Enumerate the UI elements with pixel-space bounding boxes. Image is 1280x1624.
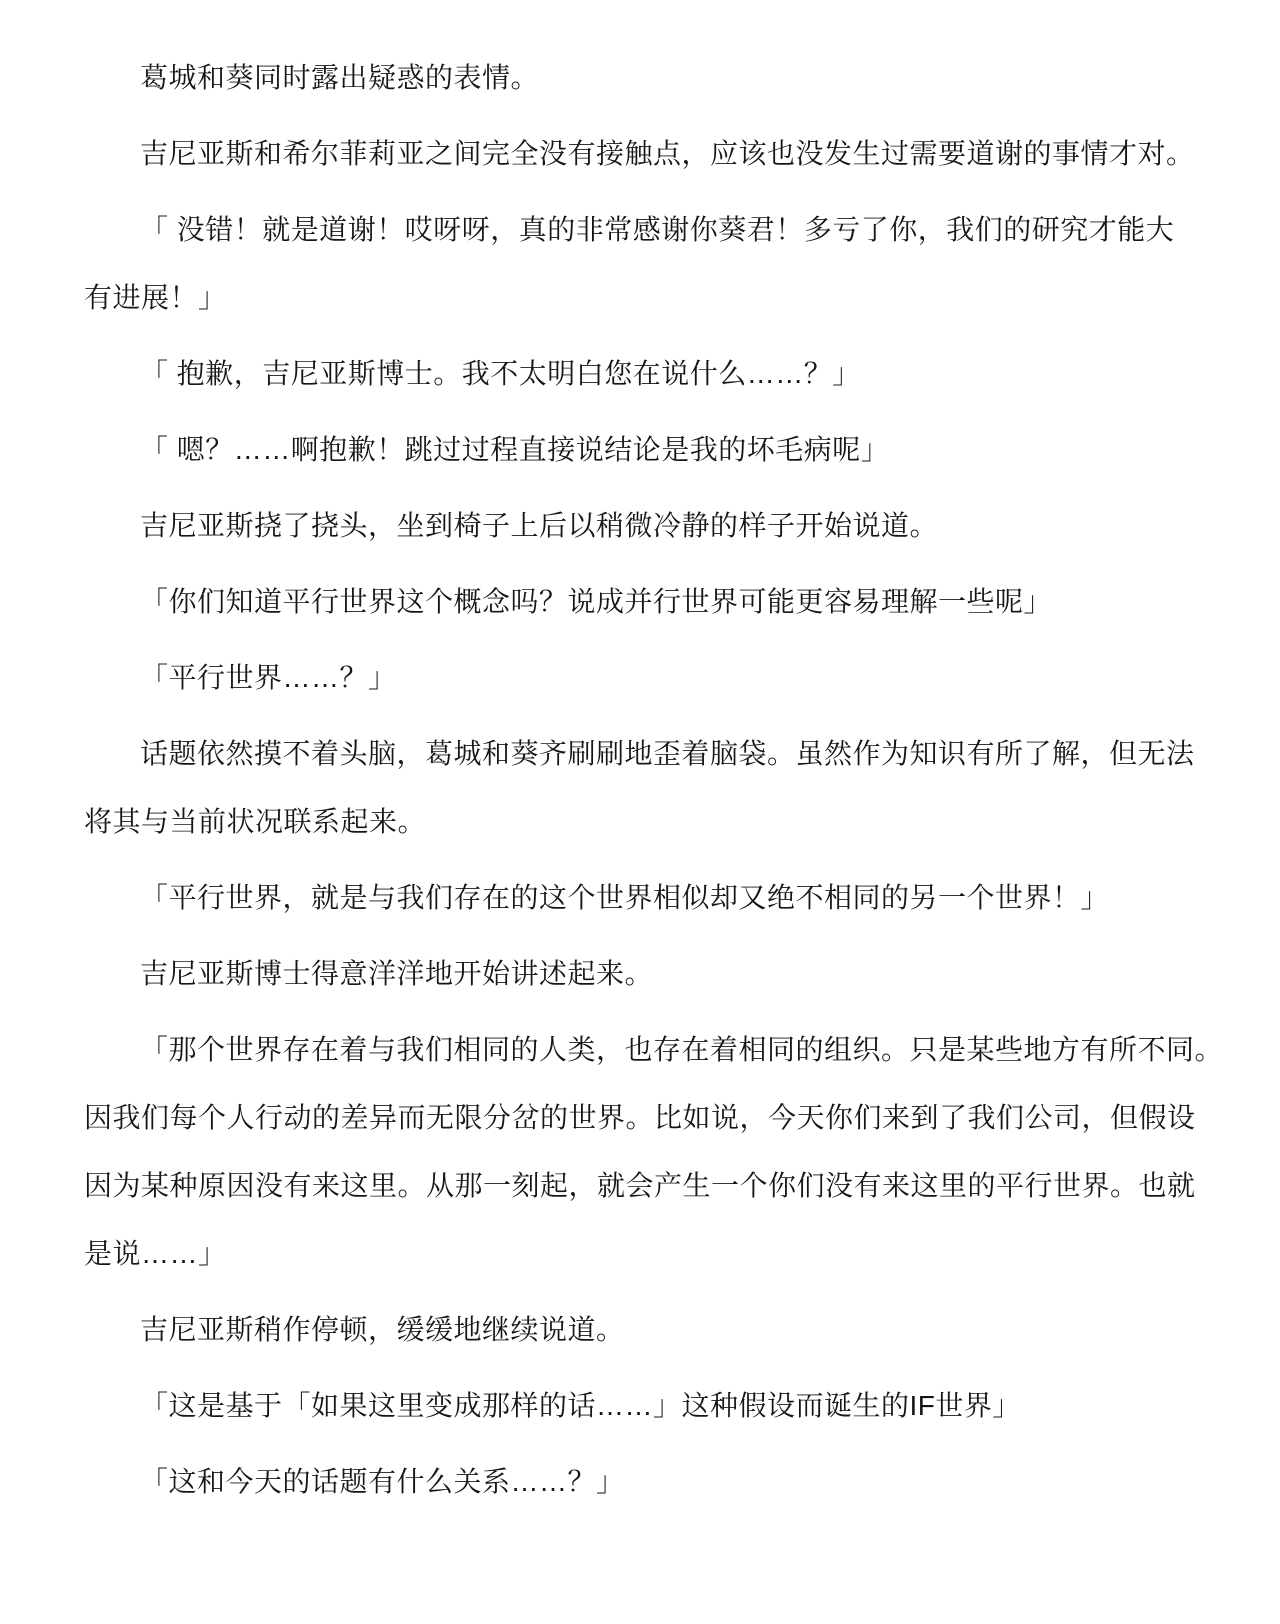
text-line: 吉尼亚斯挠了挠头，坐到椅子上后以稍微冷静的样子开始说道。 xyxy=(84,492,1196,560)
text-line: 吉尼亚斯稍作停顿，缓缓地继续说道。 xyxy=(84,1296,1196,1364)
paragraph: 吉尼亚斯挠了挠头，坐到椅子上后以稍微冷静的样子开始说道。 xyxy=(84,492,1196,560)
text-line: 吉尼亚斯和希尔菲莉亚之间完全没有接触点，应该也没发生过需要道谢的事情才对。 xyxy=(84,120,1196,188)
paragraph: 「那个世界存在着与我们相同的人类，也存在着相同的组织。只是某些地方有所不同。因我… xyxy=(84,1016,1196,1288)
text-line: 因为某种原因没有来这里。从那一刻起，就会产生一个你们没有来这里的平行世界。也就 xyxy=(84,1152,1196,1220)
paragraph: 「你们知道平行世界这个概念吗？说成并行世界可能更容易理解一些呢」 xyxy=(84,568,1196,636)
paragraph: 「 嗯？……啊抱歉！跳过过程直接说结论是我的坏毛病呢」 xyxy=(84,416,1196,484)
text-line: 「那个世界存在着与我们相同的人类，也存在着相同的组织。只是某些地方有所不同。 xyxy=(84,1016,1196,1084)
paragraph: 葛城和葵同时露出疑惑的表情。 xyxy=(84,44,1196,112)
paragraph: 话题依然摸不着头脑，葛城和葵齐刷刷地歪着脑袋。虽然作为知识有所了解，但无法将其与… xyxy=(84,720,1196,856)
text-line: 吉尼亚斯博士得意洋洋地开始讲述起来。 xyxy=(84,940,1196,1008)
paragraph: 「 没错！就是道谢！哎呀呀，真的非常感谢你葵君！多亏了你，我们的研究才能大有进展… xyxy=(84,196,1196,332)
document-page: 葛城和葵同时露出疑惑的表情。吉尼亚斯和希尔菲莉亚之间完全没有接触点，应该也没发生… xyxy=(0,0,1280,1624)
paragraph: 「平行世界，就是与我们存在的这个世界相似却又绝不相同的另一个世界！」 xyxy=(84,864,1196,932)
text-line: 将其与当前状况联系起来。 xyxy=(84,788,1196,856)
text-line: 「你们知道平行世界这个概念吗？说成并行世界可能更容易理解一些呢」 xyxy=(84,568,1196,636)
paragraph: 吉尼亚斯稍作停顿，缓缓地继续说道。 xyxy=(84,1296,1196,1364)
text-line: 「 没错！就是道谢！哎呀呀，真的非常感谢你葵君！多亏了你，我们的研究才能大 xyxy=(84,196,1196,264)
text-line: 「平行世界，就是与我们存在的这个世界相似却又绝不相同的另一个世界！」 xyxy=(84,864,1196,932)
text-line: 话题依然摸不着头脑，葛城和葵齐刷刷地歪着脑袋。虽然作为知识有所了解，但无法 xyxy=(84,720,1196,788)
text-line: 「 嗯？……啊抱歉！跳过过程直接说结论是我的坏毛病呢」 xyxy=(84,416,1196,484)
text-line: 是说……」 xyxy=(84,1220,1196,1288)
text-line: 「平行世界……？」 xyxy=(84,644,1196,712)
text-line: 「 抱歉，吉尼亚斯博士。我不太明白您在说什么……？」 xyxy=(84,340,1196,408)
paragraph: 吉尼亚斯和希尔菲莉亚之间完全没有接触点，应该也没发生过需要道谢的事情才对。 xyxy=(84,120,1196,188)
text-line: 葛城和葵同时露出疑惑的表情。 xyxy=(84,44,1196,112)
paragraph: 「 抱歉，吉尼亚斯博士。我不太明白您在说什么……？」 xyxy=(84,340,1196,408)
text-line: 「这和今天的话题有什么关系……？」 xyxy=(84,1448,1196,1516)
paragraph: 「这和今天的话题有什么关系……？」 xyxy=(84,1448,1196,1516)
text-line: 因我们每个人行动的差异而无限分岔的世界。比如说，今天你们来到了我们公司，但假设 xyxy=(84,1084,1196,1152)
text-line: 「这是基于「如果这里变成那样的话……」这种假设而诞生的IF世界」 xyxy=(84,1372,1196,1440)
paragraph: 「平行世界……？」 xyxy=(84,644,1196,712)
paragraph: 吉尼亚斯博士得意洋洋地开始讲述起来。 xyxy=(84,940,1196,1008)
paragraph: 「这是基于「如果这里变成那样的话……」这种假设而诞生的IF世界」 xyxy=(84,1372,1196,1440)
text-line: 有进展！」 xyxy=(84,264,1196,332)
